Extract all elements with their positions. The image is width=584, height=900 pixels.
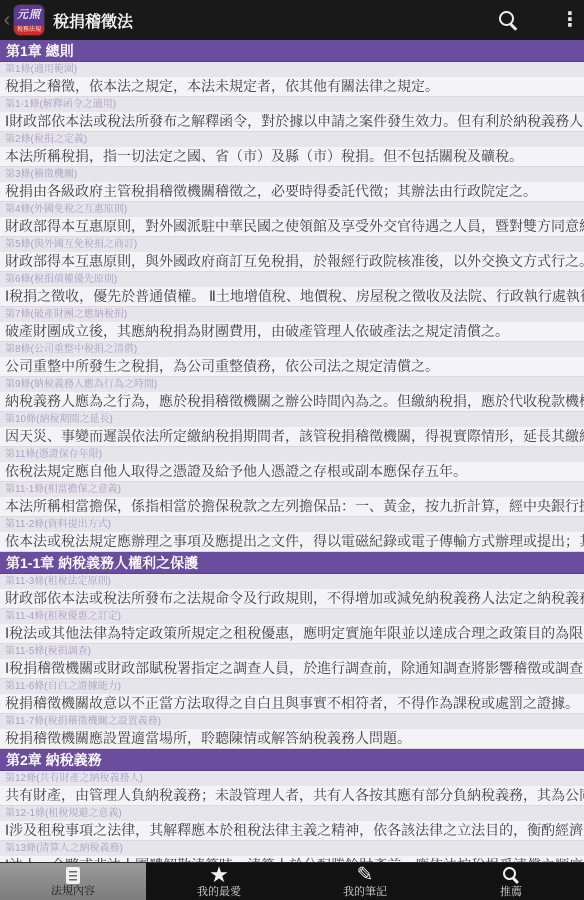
article-number: 第5條(與外國互免稅捐之商訂)	[0, 237, 584, 252]
app-bar: ‹ 元照 稅務法規 稅捐稽徵法 ⋮	[0, 0, 584, 40]
article-text: Ⅰ稅法或其他法律為特定政策所規定之租稅優惠，應明定實施年限並以達成合理之政策目的…	[0, 624, 584, 643]
overflow-menu-icon[interactable]: ⋮	[560, 8, 574, 32]
article-text: Ⅰ稅捐之徵收，優先於普通債權。 Ⅱ土地增值稅、地價稅、房屋稅之徵收及法院、行政執…	[0, 287, 584, 306]
article-text: 財政部得本互惠原則，對外國派駐中華民國之使領館及享受外交官待遇之人員，暨對雙方同…	[0, 217, 584, 236]
article-text: 因天災、事變而遲誤依法所定繳納稅捐期間者，該管稅捐稽徵機關，得視實際情形，延長其…	[0, 427, 584, 446]
article-text: 破產財團成立後，其應納稅捐為財團費用，由破產管理人依破產法之規定清償之。	[0, 322, 584, 341]
article-row[interactable]: 第4條(外國免稅之互惠原則) 財政部得本互惠原則，對外國派駐中華民國之使領館及享…	[0, 202, 584, 237]
article-row[interactable]: 第9條(納稅義務人應為行為之時間) 納稅義務人應為之行為，應於稅捐稽徵機關之辦公…	[0, 377, 584, 412]
article-number: 第12條(共有財產之納稅義務人)	[0, 771, 584, 786]
bottom-tab-bar: 法規內容 我的最愛 我的筆記 推薦	[0, 862, 584, 900]
article-number: 第6條(稅捐債權優先原則)	[0, 272, 584, 287]
article-row[interactable]: 第11-2條(資料提出方式) 依本法或稅法規定應辦理之事項及應提出之文件，得以電…	[0, 517, 584, 552]
article-number: 第10條(納稅期間之延長)	[0, 412, 584, 427]
chapter-header: 第1-1章 納稅義務人權利之保護	[0, 552, 584, 574]
article-row[interactable]: 第3條(稽徵機關) 稅捐由各級政府主管稅捐稽徵機關稽徵之，必要時得委託代徵；其辦…	[0, 167, 584, 202]
article-number: 第11-1條(相當擔保之意義)	[0, 482, 584, 497]
article-text: 財政部得本互惠原則，與外國政府商訂互免稅捐，於報經行政院核准後，以外交換文方式行…	[0, 252, 584, 271]
article-row[interactable]: 第10條(納稅期間之延長) 因天災、事變而遲誤依法所定繳納稅捐期間者，該管稅捐稽…	[0, 412, 584, 447]
article-row[interactable]: 第11-5條(稅捐調查) Ⅰ稅捐稽徵機關或財政部賦稅署指定之調查人員，於進行調查…	[0, 644, 584, 679]
chapter-title: 第1章 總則	[6, 43, 74, 59]
article-text: 依本法或稅法規定應辦理之事項及應提出之文件，得以電磁紀錄或電子傳輸方式辦理或提出…	[0, 532, 584, 551]
tab-推薦[interactable]: 推薦	[438, 863, 584, 900]
article-text: Ⅰ財政部依本法或稅法所發布之解釋函令，對於據以申請之案件發生效力。但有利於納稅義…	[0, 112, 584, 131]
article-text: 依稅法規定應自他人取得之憑證及給予他人憑證之存根或副本應保存五年。	[0, 462, 584, 481]
article-text: 本法所稱相當擔保，係指相當於擔保稅款之左列擔保品：一、黃金，按九折計算，經中央銀…	[0, 497, 584, 516]
article-text: 稅捐稽徵機關應設置適當場所，聆聽陳情或解答納稅義務人問題。	[0, 729, 584, 748]
tab-法規內容[interactable]: 法規內容	[0, 863, 146, 900]
article-number: 第3條(稽徵機關)	[0, 167, 584, 182]
app-logo-text: 元照	[14, 5, 44, 25]
tab-label: 推薦	[500, 886, 522, 898]
article-number: 第9條(納稅義務人應為行為之時間)	[0, 377, 584, 392]
article-number: 第12-1條(租稅規避之意義)	[0, 806, 584, 821]
article-number: 第2條(稅捐之定義)	[0, 132, 584, 147]
search-sm-icon	[501, 865, 521, 885]
article-number: 第11-7條(稅捐稽徵機關之設置義務)	[0, 714, 584, 729]
article-number: 第1-1條(解釋函令之適用)	[0, 97, 584, 112]
article-row[interactable]: 第13條(清算人之納稅義務) Ⅰ法人、合夥或非法人團體解散清算時，清算人於分配賸…	[0, 841, 584, 862]
article-row[interactable]: 第6條(稅捐債權優先原則) Ⅰ稅捐之徵收，優先於普通債權。 Ⅱ土地增值稅、地價稅…	[0, 272, 584, 307]
article-text: 稅捐由各級政府主管稅捐稽徵機關稽徵之，必要時得委託代徵；其辦法由行政院定之。	[0, 182, 584, 201]
tab-我的最愛[interactable]: 我的最愛	[146, 863, 292, 900]
page-title: 稅捐稽徵法	[53, 9, 133, 32]
chapter-title: 第2章 納稅義務	[6, 752, 102, 768]
article-text: Ⅰ稅捐稽徵機關或財政部賦稅署指定之調查人員，於進行調查前，除通知調查將影響稽徵或…	[0, 659, 584, 678]
article-row[interactable]: 第1條(適用範圍) 稅捐之稽徵，依本法之規定，本法未規定者，依其他有關法律之規定…	[0, 62, 584, 97]
chapter-title: 第1-1章 納稅義務人權利之保護	[6, 555, 198, 571]
article-number: 第11條(憑證保存年限)	[0, 447, 584, 462]
article-row[interactable]: 第11-3條(租稅法定原則) 財政部依本法或稅法所發布之法規命令及行政規則，不得…	[0, 574, 584, 609]
article-row[interactable]: 第2條(稅捐之定義) 本法所稱稅捐，指一切法定之國、省（市）及縣（市）稅捐。但不…	[0, 132, 584, 167]
article-row[interactable]: 第11-4條(租稅優惠之訂定) Ⅰ稅法或其他法律為特定政策所規定之租稅優惠，應明…	[0, 609, 584, 644]
article-text: 稅捐之稽徵，依本法之規定，本法未規定者，依其他有關法律之規定。	[0, 77, 584, 96]
back-chevron-icon[interactable]: ‹	[2, 0, 12, 40]
article-text: 財政部依本法或稅法所發布之法規命令及行政規則，不得增加或減免納稅義務人法定之納稅…	[0, 589, 584, 608]
article-text: 納稅義務人應為之行為，應於稅捐稽徵機關之辦公時間內為之。但繳納稅捐，應於代收稅款…	[0, 392, 584, 411]
article-row[interactable]: 第11-1條(相當擔保之意義) 本法所稱相當擔保，係指相當於擔保稅款之左列擔保品…	[0, 482, 584, 517]
article-row[interactable]: 第12-1條(租稅規避之意義) Ⅰ涉及租稅事項之法律，其解釋應本於租稅法律主義之…	[0, 806, 584, 841]
article-number: 第8條(公司重整中稅捐之清償)	[0, 342, 584, 357]
article-text: Ⅰ涉及租稅事項之法律，其解釋應本於租稅法律主義之精神，依各該法律之立法目的，衡酌…	[0, 821, 584, 840]
tab-label: 我的最愛	[197, 886, 241, 898]
article-number: 第11-4條(租稅優惠之訂定)	[0, 609, 584, 624]
search-icon[interactable]	[496, 8, 520, 32]
article-text: 稅捐稽徵機關故意以不正當方法取得之自白且與事實不相符者，不得作為課稅或處罰之證據…	[0, 694, 584, 713]
article-number: 第7條(破產財團之應納稅捐)	[0, 307, 584, 322]
article-row[interactable]: 第8條(公司重整中稅捐之清償) 公司重整中所發生之稅捐，為公司重整債務，依公司法…	[0, 342, 584, 377]
article-text: 本法所稱稅捐，指一切法定之國、省（市）及縣（市）稅捐。但不包括關稅及礦稅。	[0, 147, 584, 166]
chapter-header: 第1章 總則	[0, 40, 584, 62]
tab-label: 法規內容	[51, 885, 95, 897]
article-row[interactable]: 第7條(破產財團之應納稅捐) 破產財團成立後，其應納稅捐為財團費用，由破產管理人…	[0, 307, 584, 342]
article-row[interactable]: 第11-6條(自白之證據能力) 稅捐稽徵機關故意以不正當方法取得之自白且與事實不…	[0, 679, 584, 714]
article-number: 第11-2條(資料提出方式)	[0, 517, 584, 532]
tab-label: 我的筆記	[343, 886, 387, 898]
article-row[interactable]: 第1-1條(解釋函令之適用) Ⅰ財政部依本法或稅法所發布之解釋函令，對於據以申請…	[0, 97, 584, 132]
article-text: 公司重整中所發生之稅捐，為公司重整債務，依公司法之規定清償之。	[0, 357, 584, 376]
article-number: 第4條(外國免稅之互惠原則)	[0, 202, 584, 217]
article-row[interactable]: 第12條(共有財產之納稅義務人) 共有財產，由管理人負納稅義務；未設管理人者，共…	[0, 771, 584, 806]
article-number: 第11-5條(稅捐調查)	[0, 644, 584, 659]
article-row[interactable]: 第11條(憑證保存年限) 依稅法規定應自他人取得之憑證及給予他人憑證之存根或副本…	[0, 447, 584, 482]
article-number: 第1條(適用範圍)	[0, 62, 584, 77]
article-text: 共有財產，由管理人負納稅義務；未設管理人者，共有人各按其應有部分負納稅義務，其為…	[0, 786, 584, 805]
app-screen: ‹ 元照 稅務法規 稅捐稽徵法 ⋮ 第1章 總則 第1條(適用範圍) 稅捐之稽徵…	[0, 0, 584, 900]
doc-list-icon	[66, 867, 80, 884]
article-number: 第11-6條(自白之證據能力)	[0, 679, 584, 694]
app-logo-icon[interactable]: 元照 稅務法規	[14, 5, 44, 35]
chapter-header: 第2章 納稅義務	[0, 749, 584, 771]
tab-我的筆記[interactable]: 我的筆記	[292, 863, 438, 900]
app-logo-ribbon: 稅務法規	[14, 26, 44, 35]
star-icon	[209, 865, 229, 885]
article-row[interactable]: 第5條(與外國互免稅捐之商訂) 財政部得本互惠原則，與外國政府商訂互免稅捐，於報…	[0, 237, 584, 272]
article-row[interactable]: 第11-7條(稅捐稽徵機關之設置義務) 稅捐稽徵機關應設置適當場所，聆聽陳情或解…	[0, 714, 584, 749]
article-number: 第11-3條(租稅法定原則)	[0, 574, 584, 589]
law-list[interactable]: 第1章 總則 第1條(適用範圍) 稅捐之稽徵，依本法之規定，本法未規定者，依其他…	[0, 40, 584, 862]
article-number: 第13條(清算人之納稅義務)	[0, 841, 584, 856]
pencil-icon	[357, 865, 374, 885]
